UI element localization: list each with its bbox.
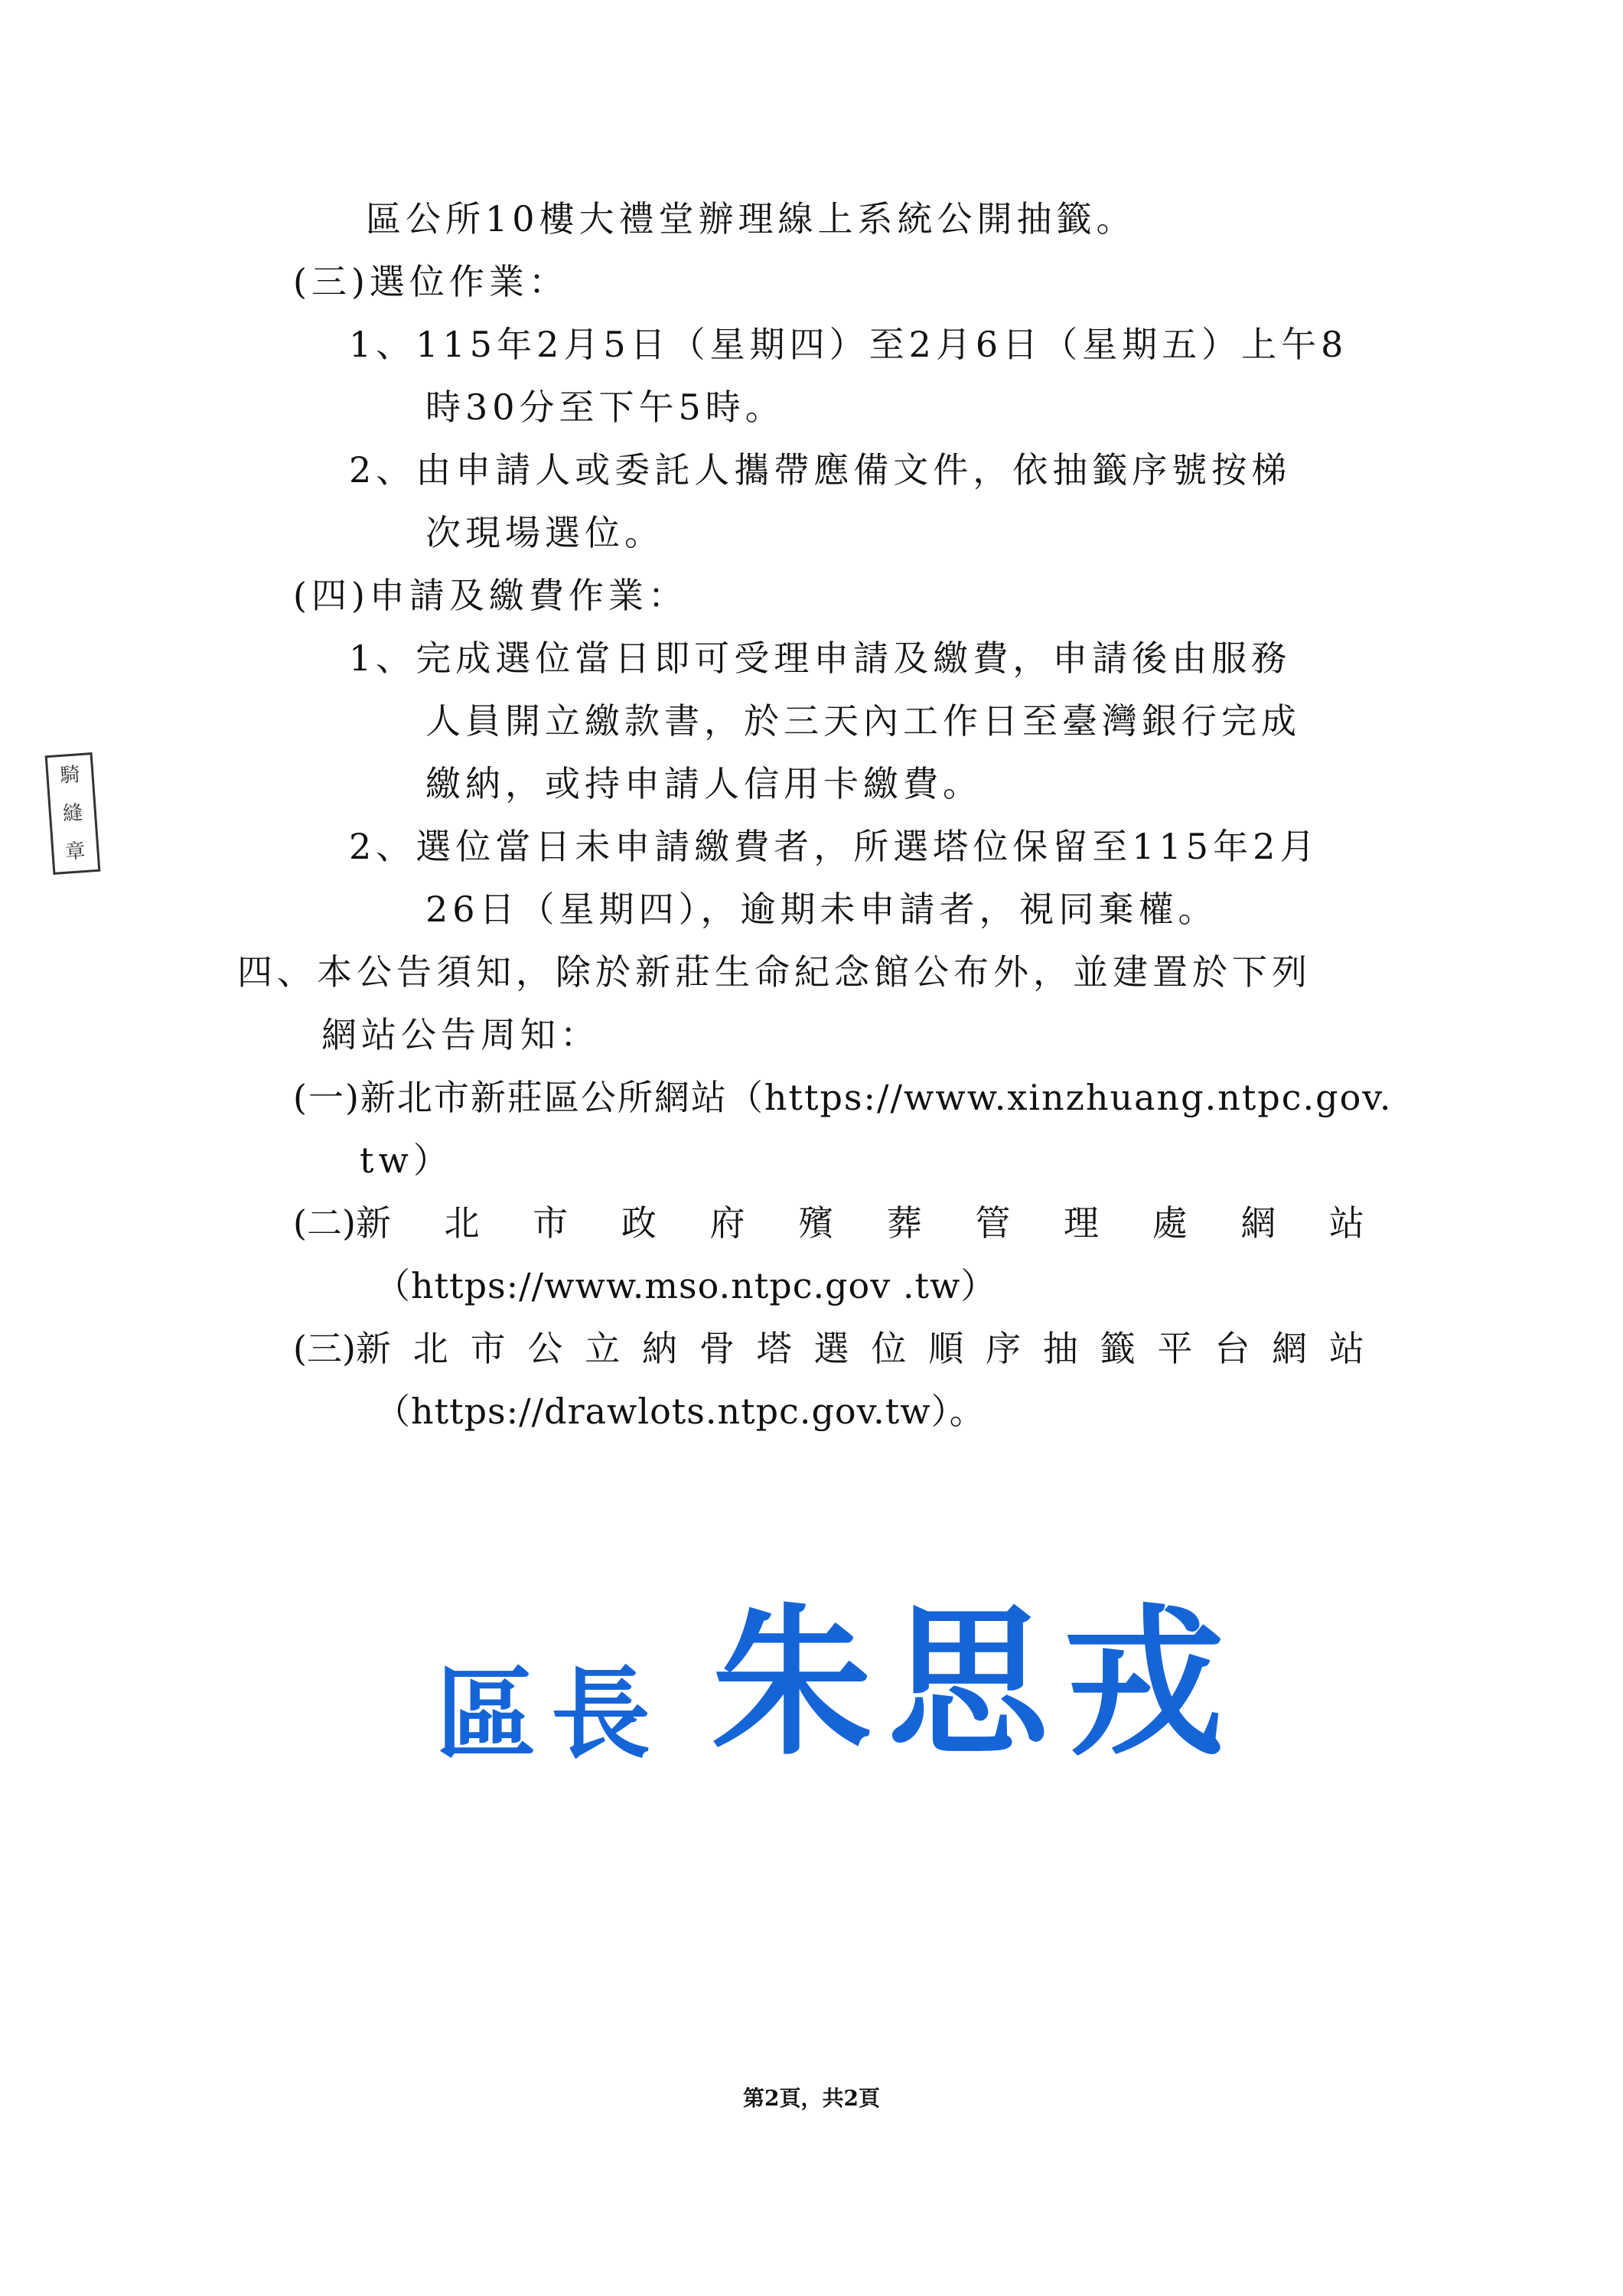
text-line: （https://drawlots.ntpc.gov.tw）。 [375,1388,986,1434]
page-number: 第2頁，共2頁 [0,2082,1623,2112]
list-item: 2、選位當日未申請繳費者，所選塔位保留至115年2月 [349,823,1319,869]
seal-char: 章 [65,840,86,863]
text-line: 時30分至下午5時。 [425,384,785,430]
section-heading-notice: 四、本公告須知，除於新莊生命紀念館公布外，並建置於下列 [237,949,1312,995]
text-line: 26日（星期四），逾期未申請者，視同棄權。 [425,886,1218,932]
list-item: 1、完成選位當日即可受理申請及繳費，申請後由服務 [349,635,1291,681]
list-item: 1、115年2月5日（星期四）至2月6日（星期五）上午8 [349,321,1348,367]
website-item-xinzhuang: (一)新北市新莊區公所網站（https://www.xinzhuang.ntpc… [293,1075,1392,1120]
section-heading-selection: (三)選位作業： [293,259,569,305]
text-line: 次現場選位。 [425,510,664,556]
website-item-mso: (二)新 北 市 政 府 殯 葬 管 理 處 網 站 [293,1200,1364,1246]
text-line: 人員開立繳款書，於三天內工作日至臺灣銀行完成 [425,698,1301,744]
list-item: 2、由申請人或委託人攜帶應備文件，依抽籤序號按梯 [349,447,1291,493]
text-line: 繳納，或持申請人信用卡繳費。 [425,761,983,807]
seal-char: 騎 [60,764,81,787]
text-line: 區公所10樓大禮堂辦理線上系統公開抽籤。 [366,196,1136,242]
text-line: 網站公告周知： [321,1012,600,1058]
text-line: （https://www.mso.ntpc.gov .tw） [375,1263,996,1309]
seal-char: 縫 [62,802,83,825]
document-page: 騎 縫 章 區公所10樓大禮堂辦理線上系統公開抽籤。 (三)選位作業： 1、11… [0,0,1623,2296]
district-chief-signature: 區長 朱思戎 [436,1596,1240,1772]
seam-seal-stamp: 騎 縫 章 [45,752,101,875]
text-line: tw） [360,1137,453,1183]
section-heading-payment: (四)申請及繳費作業： [293,572,688,618]
website-item-drawlots: (三)新 北 市 公 立 納 骨 塔 選 位 順 序 抽 籤 平 台 網 站 [293,1326,1364,1371]
signature-name: 朱思戎 [712,1596,1240,1772]
signature-title: 區長 [436,1657,666,1772]
